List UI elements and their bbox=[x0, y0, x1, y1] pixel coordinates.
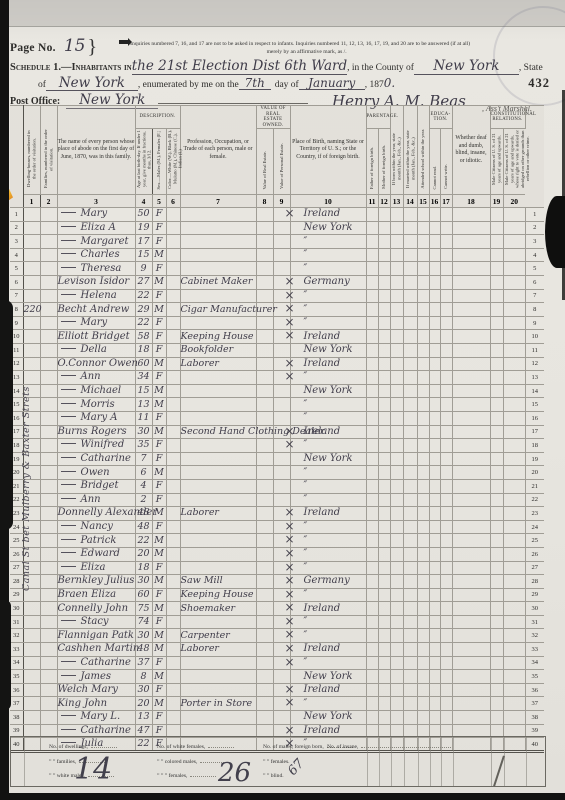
page-stamp-number: 432 bbox=[528, 76, 550, 91]
table-row: 28Bernkley Julius30MSaw Mill×Germany28 bbox=[10, 575, 544, 589]
table-row: 22Ann2F″22 bbox=[10, 493, 544, 507]
affirmative-x-mark: × bbox=[285, 683, 295, 695]
cell-mother-foreign bbox=[378, 439, 390, 453]
person-name: Patrick bbox=[81, 535, 117, 546]
cell-age: 4 bbox=[135, 479, 152, 493]
table-row: 33Cashhen Martin48MLaborer×Ireland33 bbox=[10, 643, 544, 657]
cell-mother-foreign bbox=[378, 248, 390, 262]
scan-edge-blob bbox=[0, 300, 13, 530]
cell-born-month bbox=[390, 466, 403, 480]
cell-color bbox=[166, 479, 180, 493]
cell-born-month bbox=[390, 398, 403, 412]
cell-disability bbox=[452, 411, 490, 425]
affirmative-x-mark: × bbox=[285, 533, 295, 545]
group-constitutional: CONSTITUTIONAL RELATIONS. bbox=[490, 106, 525, 129]
cell-male-citizen bbox=[490, 384, 503, 398]
cell-school bbox=[417, 330, 429, 344]
person-name: Della bbox=[81, 344, 107, 355]
cell-occupation bbox=[180, 561, 256, 575]
cell-mother-foreign bbox=[378, 507, 390, 521]
row-number-right: 30 bbox=[525, 602, 544, 616]
cell-school bbox=[417, 425, 429, 439]
cell-occupation: Shoemaker bbox=[180, 602, 256, 616]
table-row: 38Mary L.13FNew York38 bbox=[10, 711, 544, 725]
person-name: Welch Mary bbox=[58, 684, 118, 695]
col-vote-denied-head: Male Citizens of U. S. of 21 years of ag… bbox=[503, 129, 525, 195]
ditto-dash bbox=[61, 552, 76, 553]
cell-real-estate bbox=[256, 683, 273, 697]
cell-birthplace: ×Ireland bbox=[290, 507, 366, 521]
row-number-right: 10 bbox=[525, 330, 544, 344]
cell-father-foreign bbox=[366, 697, 378, 711]
cell-color bbox=[166, 697, 180, 711]
cell-school bbox=[417, 208, 429, 222]
cell-occupation bbox=[180, 615, 256, 629]
cell-mother-foreign bbox=[378, 602, 390, 616]
cell-birthplace: ″ bbox=[290, 466, 366, 480]
table-row: 12O.Connor Owen60MLaborer×Ireland12 bbox=[10, 357, 544, 371]
cell-dwelling-number bbox=[23, 697, 40, 711]
cell-real-estate bbox=[256, 588, 273, 602]
table-row: 21Bridget4F″21 bbox=[10, 479, 544, 493]
row-number-right: 32 bbox=[525, 629, 544, 643]
cell-occupation bbox=[180, 493, 256, 507]
affirmative-x-mark: × bbox=[285, 642, 295, 654]
cell-age: 20 bbox=[135, 547, 152, 561]
cell-color bbox=[166, 547, 180, 561]
ditto-dash bbox=[61, 620, 76, 621]
cell-age: 30 bbox=[135, 683, 152, 697]
cell-married-month bbox=[403, 615, 417, 629]
cell-school bbox=[417, 602, 429, 616]
cell-school bbox=[417, 711, 429, 725]
cell-sex: M bbox=[152, 303, 166, 317]
cell-mother-foreign bbox=[378, 656, 390, 670]
cell-disability bbox=[452, 289, 490, 303]
cell-birthplace: ×Ireland bbox=[290, 208, 366, 222]
table-row: 14Michael15MNew York14 bbox=[10, 384, 544, 398]
cell-color bbox=[166, 235, 180, 249]
cell-born-month bbox=[390, 425, 403, 439]
cell-vote-denied bbox=[503, 289, 525, 303]
cell-birthplace: ×″ bbox=[290, 629, 366, 643]
cell-age: 60 bbox=[135, 588, 152, 602]
cell-school bbox=[417, 479, 429, 493]
cell-vote-denied bbox=[503, 276, 525, 290]
cell-name: Catharine bbox=[57, 656, 135, 670]
table-row: 25Patrick22M×″25 bbox=[10, 534, 544, 548]
cell-male-citizen bbox=[490, 425, 503, 439]
cell-cannot-read bbox=[429, 588, 440, 602]
row-number-left: 3 bbox=[10, 235, 23, 249]
cell-born-month bbox=[390, 276, 403, 290]
cell-personal-estate bbox=[273, 384, 290, 398]
cell-father-foreign bbox=[366, 547, 378, 561]
person-name: Winifred bbox=[81, 439, 125, 450]
cell-sex: F bbox=[152, 683, 166, 697]
cell-dwelling-number bbox=[23, 262, 40, 276]
row-number-right: 8 bbox=[525, 303, 544, 317]
cell-born-month bbox=[390, 316, 403, 330]
cell-married-month bbox=[403, 208, 417, 222]
birthplace-text: Germany bbox=[304, 575, 350, 586]
cell-color bbox=[166, 398, 180, 412]
birthplace-text: ″ bbox=[304, 480, 308, 491]
person-name: King John bbox=[58, 698, 108, 709]
table-row: 32Flannigan Patk30MCarpenter×″32 bbox=[10, 629, 544, 643]
cell-age: 18 bbox=[135, 561, 152, 575]
col-birthplace-head: Place of Birth, naming State or Territor… bbox=[290, 106, 366, 195]
cell-name: O.Connor Owen bbox=[57, 357, 135, 371]
cell-school bbox=[417, 289, 429, 303]
cell-married-month bbox=[403, 534, 417, 548]
cell-mother-foreign bbox=[378, 479, 390, 493]
birthplace-text: Ireland bbox=[304, 725, 341, 736]
cell-disability bbox=[452, 235, 490, 249]
cell-father-foreign bbox=[366, 357, 378, 371]
cell-name: Ann bbox=[57, 493, 135, 507]
cell-cannot-read bbox=[429, 235, 440, 249]
col-mother-foreign-head: Mother of foreign birth. bbox=[378, 129, 390, 195]
cell-school bbox=[417, 656, 429, 670]
row-number-right: 18 bbox=[525, 439, 544, 453]
col-name-head: The name of every person whose place of … bbox=[57, 106, 135, 195]
cell-real-estate bbox=[256, 289, 273, 303]
cell-color bbox=[166, 262, 180, 276]
scan-edge-blob bbox=[0, 600, 11, 710]
cell-father-foreign bbox=[366, 371, 378, 385]
person-name: Owen bbox=[81, 467, 110, 478]
cell-age: 75 bbox=[135, 602, 152, 616]
affirmative-x-mark: × bbox=[285, 656, 295, 668]
birthplace-text: ″ bbox=[304, 399, 308, 410]
cell-married-month bbox=[403, 316, 417, 330]
cell-father-foreign bbox=[366, 452, 378, 466]
birthplace-text: Ireland bbox=[304, 426, 341, 437]
cell-color bbox=[166, 344, 180, 358]
row-number-right: 24 bbox=[525, 520, 544, 534]
cell-father-foreign bbox=[366, 629, 378, 643]
cell-vote-denied bbox=[503, 683, 525, 697]
cell-father-foreign bbox=[366, 493, 378, 507]
cell-male-citizen bbox=[490, 643, 503, 657]
cell-born-month bbox=[390, 344, 403, 358]
cell-mother-foreign bbox=[378, 683, 390, 697]
cell-cannot-read bbox=[429, 520, 440, 534]
person-name: Mary bbox=[81, 317, 108, 328]
cell-born-month bbox=[390, 547, 403, 561]
cell-vote-denied bbox=[503, 629, 525, 643]
cell-cannot-write bbox=[440, 316, 452, 330]
cell-school bbox=[417, 384, 429, 398]
cell-mother-foreign bbox=[378, 493, 390, 507]
cell-disability bbox=[452, 248, 490, 262]
cell-married-month bbox=[403, 575, 417, 589]
cell-cannot-read bbox=[429, 534, 440, 548]
cell-born-month bbox=[390, 262, 403, 276]
cell-real-estate bbox=[256, 520, 273, 534]
cell-cannot-write bbox=[440, 656, 452, 670]
cell-born-month bbox=[390, 561, 403, 575]
cell-color bbox=[166, 507, 180, 521]
cell-vote-denied bbox=[503, 615, 525, 629]
person-name: Catharine bbox=[81, 453, 131, 464]
cell-birthplace: ×″ bbox=[290, 534, 366, 548]
col-family-head: Families, numbered in the order of visit… bbox=[40, 106, 57, 195]
cell-married-month bbox=[403, 221, 417, 235]
cell-color bbox=[166, 208, 180, 222]
cell-sex: M bbox=[152, 507, 166, 521]
table-row: 6Levison Isidor27MCabinet Maker×Germany6 bbox=[10, 276, 544, 290]
cell-male-citizen bbox=[490, 466, 503, 480]
ditto-dash bbox=[61, 498, 76, 499]
cell-sex: M bbox=[152, 357, 166, 371]
cell-born-month bbox=[390, 357, 403, 371]
cell-married-month bbox=[403, 262, 417, 276]
cell-school bbox=[417, 520, 429, 534]
cell-father-foreign bbox=[366, 520, 378, 534]
cell-cannot-read bbox=[429, 276, 440, 290]
row-number-right: 20 bbox=[525, 466, 544, 480]
cell-real-estate bbox=[256, 221, 273, 235]
cell-cannot-read bbox=[429, 371, 440, 385]
cell-cannot-read bbox=[429, 452, 440, 466]
cell-name: James bbox=[57, 670, 135, 684]
cell-born-month bbox=[390, 439, 403, 453]
cell-cannot-read bbox=[429, 303, 440, 317]
person-name: O.Connor Owen bbox=[58, 358, 138, 369]
cell-dwelling-number bbox=[23, 221, 40, 235]
cell-color bbox=[166, 411, 180, 425]
birthplace-text: Ireland bbox=[304, 684, 341, 695]
person-name: Becht Andrew bbox=[58, 304, 130, 315]
cell-occupation bbox=[180, 683, 256, 697]
ditto-dash bbox=[61, 729, 76, 730]
cell-name: Ann bbox=[57, 371, 135, 385]
cell-age: 20 bbox=[135, 697, 152, 711]
cell-disability bbox=[452, 711, 490, 725]
person-name: Catharine bbox=[81, 657, 131, 668]
cell-disability bbox=[452, 561, 490, 575]
cell-cannot-write bbox=[440, 439, 452, 453]
cell-disability bbox=[452, 316, 490, 330]
cell-married-month bbox=[403, 697, 417, 711]
cell-age: 30 bbox=[135, 425, 152, 439]
row-number-right: 6 bbox=[525, 276, 544, 290]
table-row: 3Margaret17F″3 bbox=[10, 235, 544, 249]
table-row: 1Mary50F×Ireland1 bbox=[10, 208, 544, 222]
cell-personal-estate bbox=[273, 452, 290, 466]
cell-vote-denied bbox=[503, 262, 525, 276]
cell-color bbox=[166, 575, 180, 589]
cell-color bbox=[166, 466, 180, 480]
handwritten-total-left: 14 bbox=[74, 752, 112, 787]
cell-name: Mary L. bbox=[57, 711, 135, 725]
cell-birthplace: New York bbox=[290, 670, 366, 684]
cell-male-citizen bbox=[490, 289, 503, 303]
cell-color bbox=[166, 371, 180, 385]
row-number-right: 28 bbox=[525, 575, 544, 589]
schedule-line: Schedule 1.—Inhabitants in the 21st Elec… bbox=[10, 60, 550, 75]
cell-male-citizen bbox=[490, 615, 503, 629]
cell-sex: F bbox=[152, 615, 166, 629]
cell-male-citizen bbox=[490, 670, 503, 684]
cell-vote-denied bbox=[503, 547, 525, 561]
person-name: Cashhen Martin bbox=[58, 643, 140, 654]
cell-married-month bbox=[403, 248, 417, 262]
cell-father-foreign bbox=[366, 235, 378, 249]
cell-mother-foreign bbox=[378, 561, 390, 575]
cell-father-foreign bbox=[366, 276, 378, 290]
cell-name: Mary bbox=[57, 208, 135, 222]
person-name: Charles bbox=[81, 249, 120, 260]
cell-born-month bbox=[390, 208, 403, 222]
cell-male-citizen bbox=[490, 697, 503, 711]
table-row: 27Eliza18F×″27 bbox=[10, 561, 544, 575]
cell-family-number bbox=[40, 316, 57, 330]
cell-born-month bbox=[390, 588, 403, 602]
table-row: 17Burns Rogers30MSecond Hand Clothing De… bbox=[10, 425, 544, 439]
cell-real-estate bbox=[256, 697, 273, 711]
cell-vote-denied bbox=[503, 425, 525, 439]
cell-cannot-write bbox=[440, 289, 452, 303]
cell-married-month bbox=[403, 670, 417, 684]
ditto-dash bbox=[61, 240, 76, 241]
cell-cannot-read bbox=[429, 479, 440, 493]
cell-school bbox=[417, 683, 429, 697]
cell-male-citizen bbox=[490, 452, 503, 466]
cell-cannot-read bbox=[429, 330, 440, 344]
cell-married-month bbox=[403, 656, 417, 670]
cell-name: Winifred bbox=[57, 439, 135, 453]
cell-cannot-read bbox=[429, 629, 440, 643]
cell-name: Bernkley Julius bbox=[57, 575, 135, 589]
cell-mother-foreign bbox=[378, 411, 390, 425]
cell-personal-estate bbox=[273, 248, 290, 262]
cell-occupation bbox=[180, 656, 256, 670]
census-scan-page: Page No. 15 } Inquiries numbered 7, 16, … bbox=[0, 0, 565, 800]
cell-father-foreign bbox=[366, 248, 378, 262]
cell-sex: M bbox=[152, 629, 166, 643]
cell-occupation bbox=[180, 248, 256, 262]
cell-sex: M bbox=[152, 602, 166, 616]
cell-name: Michael bbox=[57, 384, 135, 398]
cell-male-citizen bbox=[490, 344, 503, 358]
cell-occupation bbox=[180, 384, 256, 398]
cell-school bbox=[417, 276, 429, 290]
cell-color bbox=[166, 520, 180, 534]
cell-cannot-write bbox=[440, 452, 452, 466]
cell-cannot-write bbox=[440, 479, 452, 493]
row-number-right: 25 bbox=[525, 534, 544, 548]
cell-dwelling-number bbox=[23, 235, 40, 249]
state-value: New York bbox=[46, 77, 138, 92]
birthplace-text: ″ bbox=[304, 290, 308, 301]
cell-real-estate bbox=[256, 262, 273, 276]
form-notice: Inquiries numbered 7, 16, and 17 are not… bbox=[119, 34, 494, 57]
cell-married-month bbox=[403, 289, 417, 303]
cell-sex: F bbox=[152, 711, 166, 725]
row-number-right: 16 bbox=[525, 411, 544, 425]
birthplace-text: New York bbox=[304, 385, 353, 396]
cell-age: 19 bbox=[135, 221, 152, 235]
cell-real-estate bbox=[256, 235, 273, 249]
affirmative-x-mark: × bbox=[285, 370, 295, 382]
birthplace-text: ″ bbox=[304, 439, 308, 450]
cell-color bbox=[166, 643, 180, 657]
cell-occupation bbox=[180, 411, 256, 425]
cell-family-number bbox=[40, 656, 57, 670]
cell-sex: F bbox=[152, 411, 166, 425]
cell-father-foreign bbox=[366, 425, 378, 439]
cell-birthplace: ″ bbox=[290, 262, 366, 276]
cell-vote-denied bbox=[503, 534, 525, 548]
cell-occupation bbox=[180, 398, 256, 412]
cell-occupation: Porter in Store bbox=[180, 697, 256, 711]
birthplace-text: ″ bbox=[304, 521, 308, 532]
cell-cannot-read bbox=[429, 670, 440, 684]
cell-color bbox=[166, 615, 180, 629]
census-rows: 1Mary50F×Ireland12Eliza A19FNew York23Ma… bbox=[10, 208, 544, 752]
cell-cannot-write bbox=[440, 371, 452, 385]
cell-male-citizen bbox=[490, 683, 503, 697]
cell-cannot-write bbox=[440, 643, 452, 657]
affirmative-x-mark: × bbox=[285, 506, 295, 518]
cell-male-citizen bbox=[490, 602, 503, 616]
cell-school bbox=[417, 303, 429, 317]
cell-real-estate bbox=[256, 656, 273, 670]
cell-sex: M bbox=[152, 534, 166, 548]
person-name: Morris bbox=[81, 399, 115, 410]
cell-disability bbox=[452, 507, 490, 521]
cell-color bbox=[166, 221, 180, 235]
cell-birthplace: ×Ireland bbox=[290, 683, 366, 697]
cell-disability bbox=[452, 534, 490, 548]
cell-born-month bbox=[390, 520, 403, 534]
affirmative-x-mark: × bbox=[285, 438, 295, 450]
person-name: Nancy bbox=[81, 521, 113, 532]
cell-sex: F bbox=[152, 235, 166, 249]
table-row: 16Mary A11F″16 bbox=[10, 411, 544, 425]
cell-school bbox=[417, 371, 429, 385]
cell-occupation bbox=[180, 520, 256, 534]
cell-name: Mary A bbox=[57, 411, 135, 425]
cell-age: 30 bbox=[135, 575, 152, 589]
ditto-dash bbox=[61, 294, 76, 295]
cell-birthplace: ×″ bbox=[290, 316, 366, 330]
cell-male-citizen bbox=[490, 561, 503, 575]
cell-vote-denied bbox=[503, 398, 525, 412]
cell-mother-foreign bbox=[378, 643, 390, 657]
cell-real-estate bbox=[256, 371, 273, 385]
cell-father-foreign bbox=[366, 344, 378, 358]
cell-married-month bbox=[403, 507, 417, 521]
row-number-right: 34 bbox=[525, 656, 544, 670]
row-number-right: 3 bbox=[525, 235, 544, 249]
col-age-head: Age at last birth-day. If under 1 year, … bbox=[135, 129, 152, 195]
cell-family-number bbox=[40, 208, 57, 222]
affirmative-x-mark: × bbox=[285, 275, 295, 287]
cell-male-citizen bbox=[490, 629, 503, 643]
cell-name: Welch Mary bbox=[57, 683, 135, 697]
cell-male-citizen bbox=[490, 711, 503, 725]
cell-vote-denied bbox=[503, 344, 525, 358]
cell-cannot-write bbox=[440, 507, 452, 521]
ditto-dash bbox=[61, 389, 76, 390]
cell-disability bbox=[452, 588, 490, 602]
cell-age: 30 bbox=[135, 629, 152, 643]
cell-male-citizen bbox=[490, 276, 503, 290]
